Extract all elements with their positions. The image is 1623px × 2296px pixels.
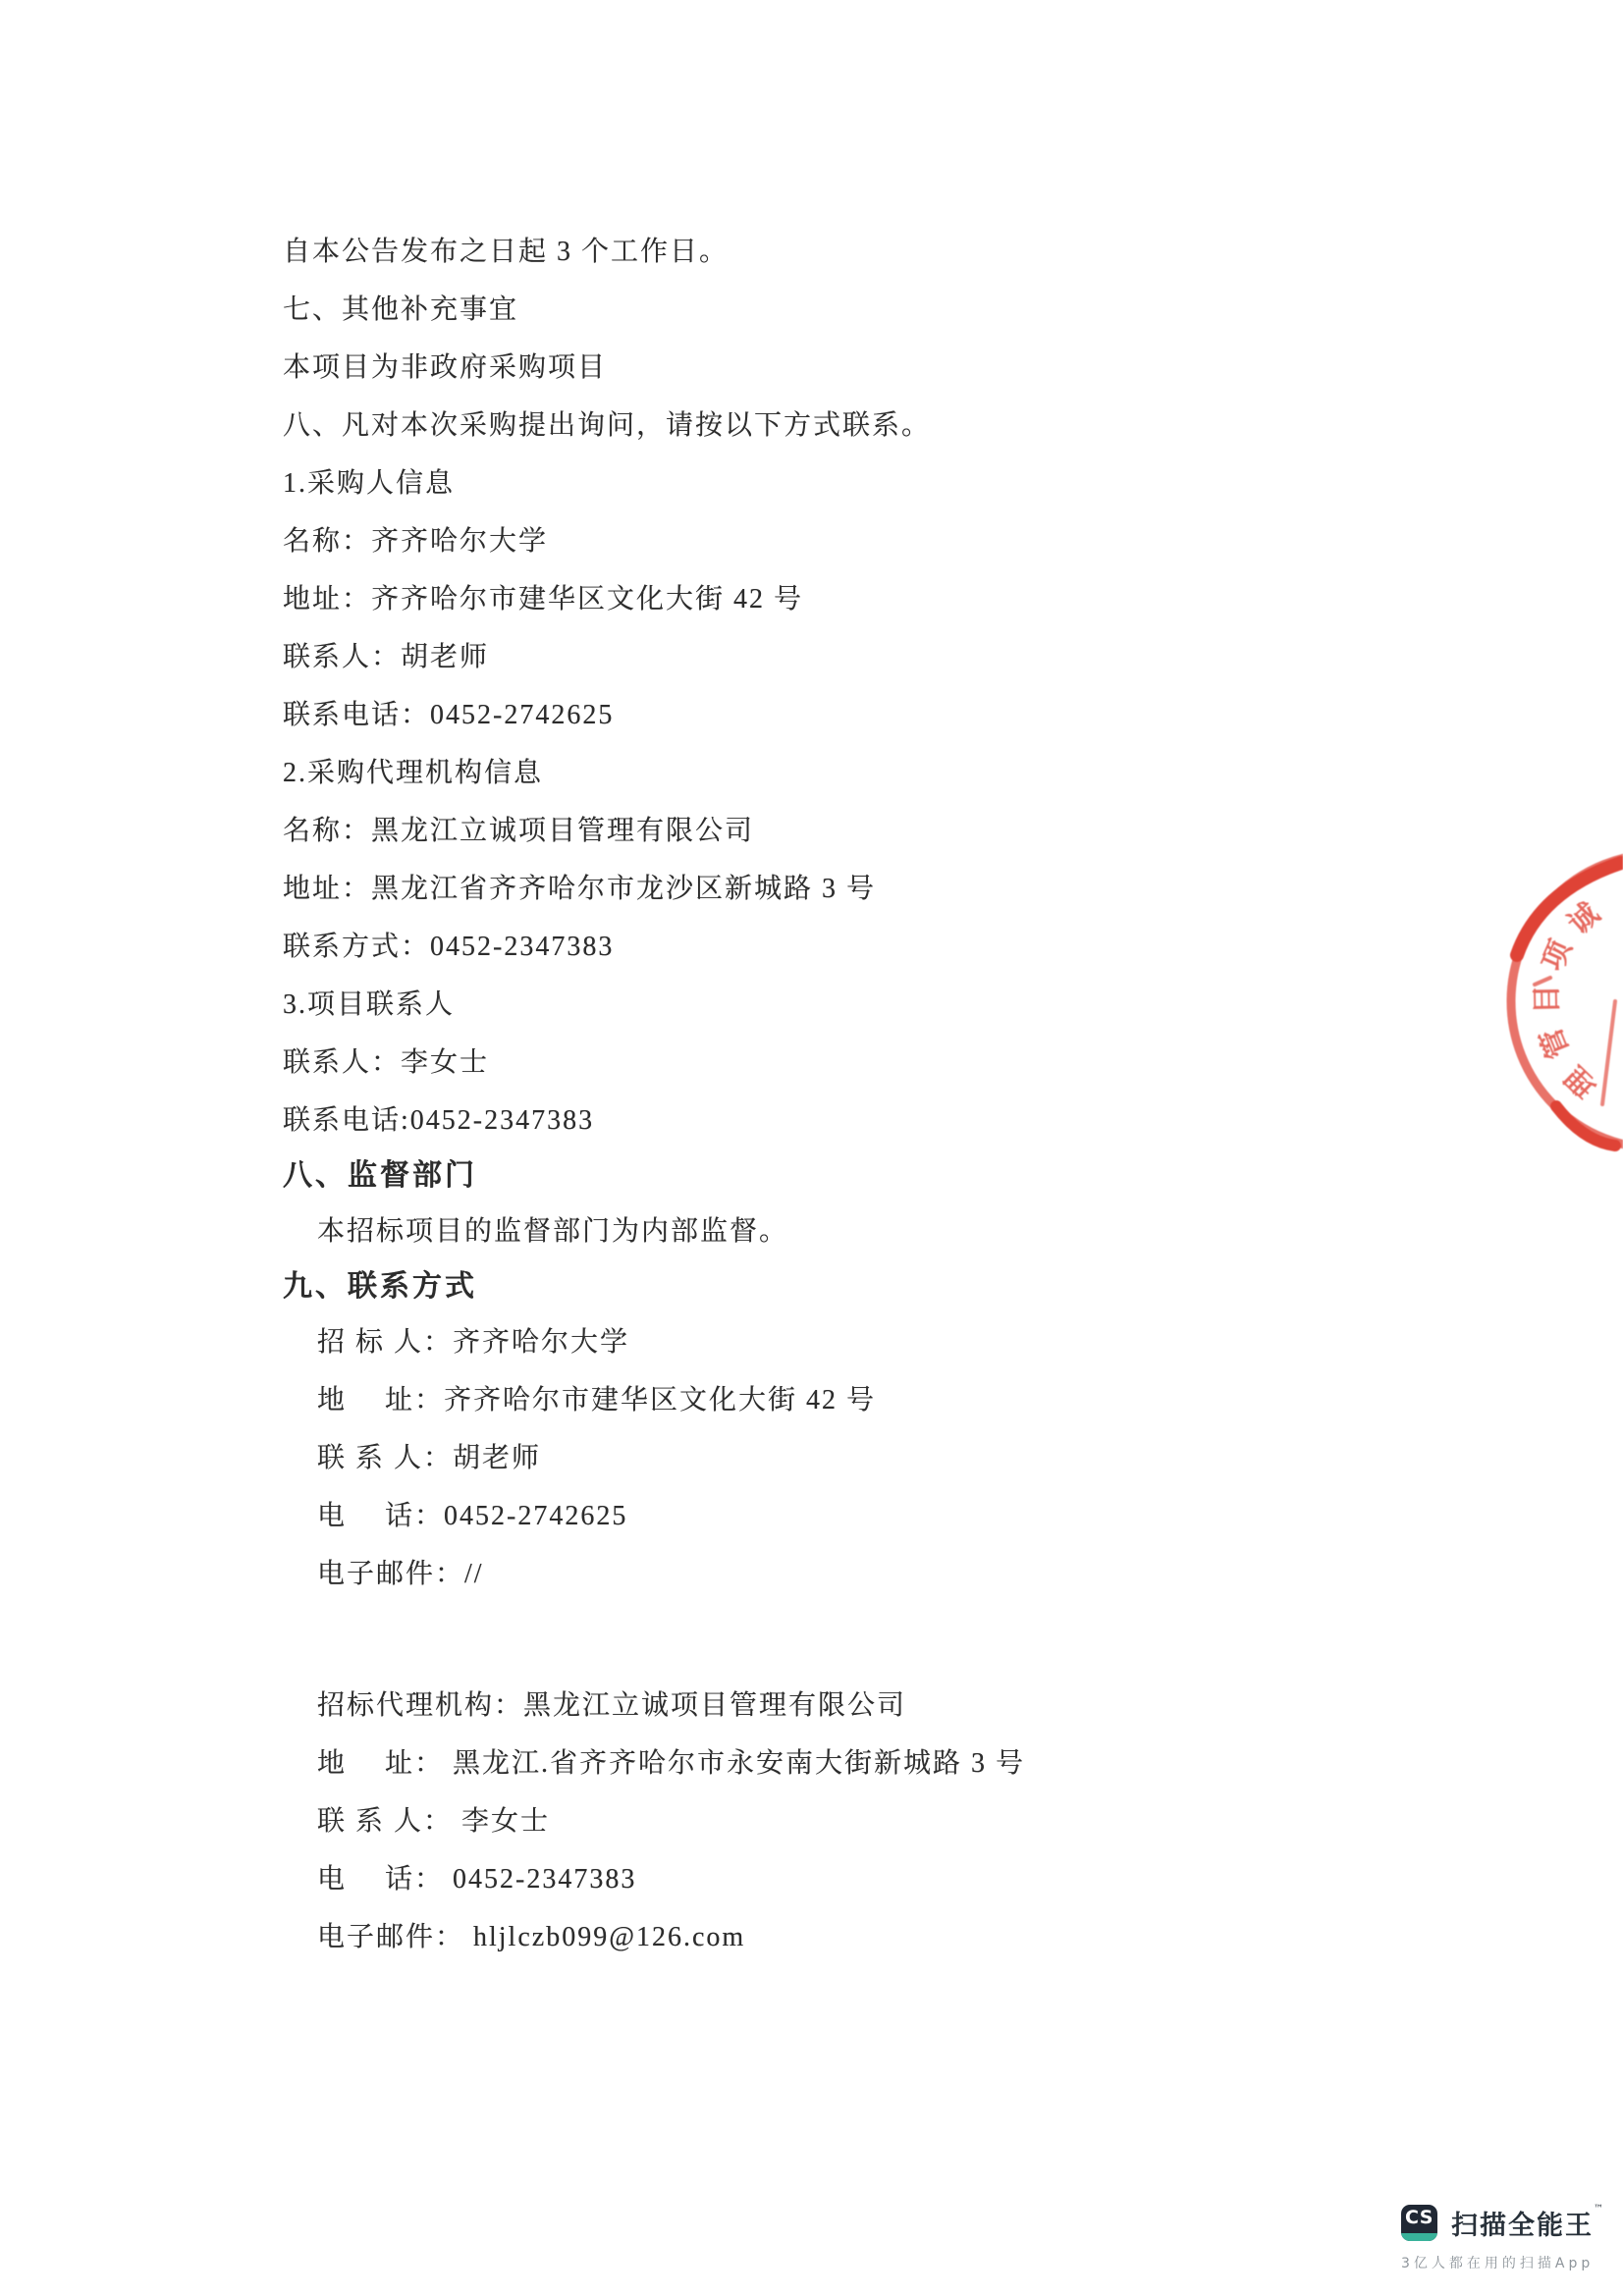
document-line: 八、监督部门 bbox=[0, 1149, 1623, 1202]
camscanner-tagline: 3亿人都在用的扫描App bbox=[1401, 2253, 1603, 2272]
document-line: 电子邮件： hljlczb099@126.com bbox=[0, 1908, 1623, 1966]
camscanner-app-name-text: 扫描全能王 bbox=[1451, 2211, 1594, 2241]
document-line: 名称：黑龙江立诚项目管理有限公司 bbox=[0, 802, 1623, 860]
camscanner-logo-icon: CS bbox=[1401, 2205, 1437, 2241]
document-line: 联系电话:0452-2347383 bbox=[0, 1092, 1623, 1149]
document-line: 地址：黑龙江省齐齐哈尔市龙沙区新城路 3 号 bbox=[0, 860, 1623, 918]
camscanner-logo-text: CS bbox=[1401, 2207, 1437, 2228]
document-line: 联系人：李女士 bbox=[0, 1034, 1623, 1092]
document-line: 电 话：0452-2742625 bbox=[0, 1487, 1623, 1545]
document-line: 地 址： 黑龙江.省齐齐哈尔市永安南大街新城路 3 号 bbox=[0, 1735, 1623, 1792]
document-line: 九、联系方式 bbox=[0, 1260, 1623, 1313]
document-line: 电 话： 0452-2347383 bbox=[0, 1850, 1623, 1908]
document-line: 八、凡对本次采购提出询问，请按以下方式联系。 bbox=[0, 397, 1623, 454]
document-line: 联系方式：0452-2347383 bbox=[0, 918, 1623, 976]
camscanner-watermark: CS 扫描全能王™ 3亿人都在用的扫描App bbox=[1401, 2204, 1603, 2272]
trademark-symbol: ™ bbox=[1594, 2204, 1603, 2215]
document-line: 七、其他补充事宜 bbox=[0, 281, 1623, 339]
document-line: 本项目为非政府采购项目 bbox=[0, 339, 1623, 397]
camscanner-app-name: 扫描全能王™ bbox=[1451, 2204, 1603, 2242]
document-line: 自本公告发布之日起 3 个工作日。 bbox=[0, 223, 1623, 281]
document-line: 名称：齐齐哈尔大学 bbox=[0, 512, 1623, 570]
document-line: 本招标项目的监督部门为内部监督。 bbox=[0, 1202, 1623, 1260]
camscanner-logo-accent-strip bbox=[1401, 2233, 1437, 2241]
document-line: 招标代理机构：黑龙江立诚项目管理有限公司 bbox=[0, 1677, 1623, 1735]
document-line: 地址：齐齐哈尔市建华区文化大街 42 号 bbox=[0, 570, 1623, 628]
document-line: 地 址：齐齐哈尔市建华区文化大街 42 号 bbox=[0, 1371, 1623, 1429]
document-line: 联 系 人： 李女士 bbox=[0, 1792, 1623, 1850]
document-line: 电子邮件：// bbox=[0, 1545, 1623, 1603]
document-body: 自本公告发布之日起 3 个工作日。七、其他补充事宜本项目为非政府采购项目八、凡对… bbox=[0, 223, 1623, 1966]
document-line: 联系电话：0452-2742625 bbox=[0, 686, 1623, 744]
document-line: 招 标 人：齐齐哈尔大学 bbox=[0, 1313, 1623, 1371]
document-line: 联系人：胡老师 bbox=[0, 628, 1623, 686]
document-line: 1.采购人信息 bbox=[0, 454, 1623, 512]
document-line: 联 系 人：胡老师 bbox=[0, 1429, 1623, 1487]
blank-line bbox=[0, 1603, 1623, 1677]
document-line: 3.项目联系人 bbox=[0, 976, 1623, 1034]
scanned-document-page: 自本公告发布之日起 3 个工作日。七、其他补充事宜本项目为非政府采购项目八、凡对… bbox=[0, 0, 1623, 2296]
document-line: 2.采购代理机构信息 bbox=[0, 744, 1623, 802]
